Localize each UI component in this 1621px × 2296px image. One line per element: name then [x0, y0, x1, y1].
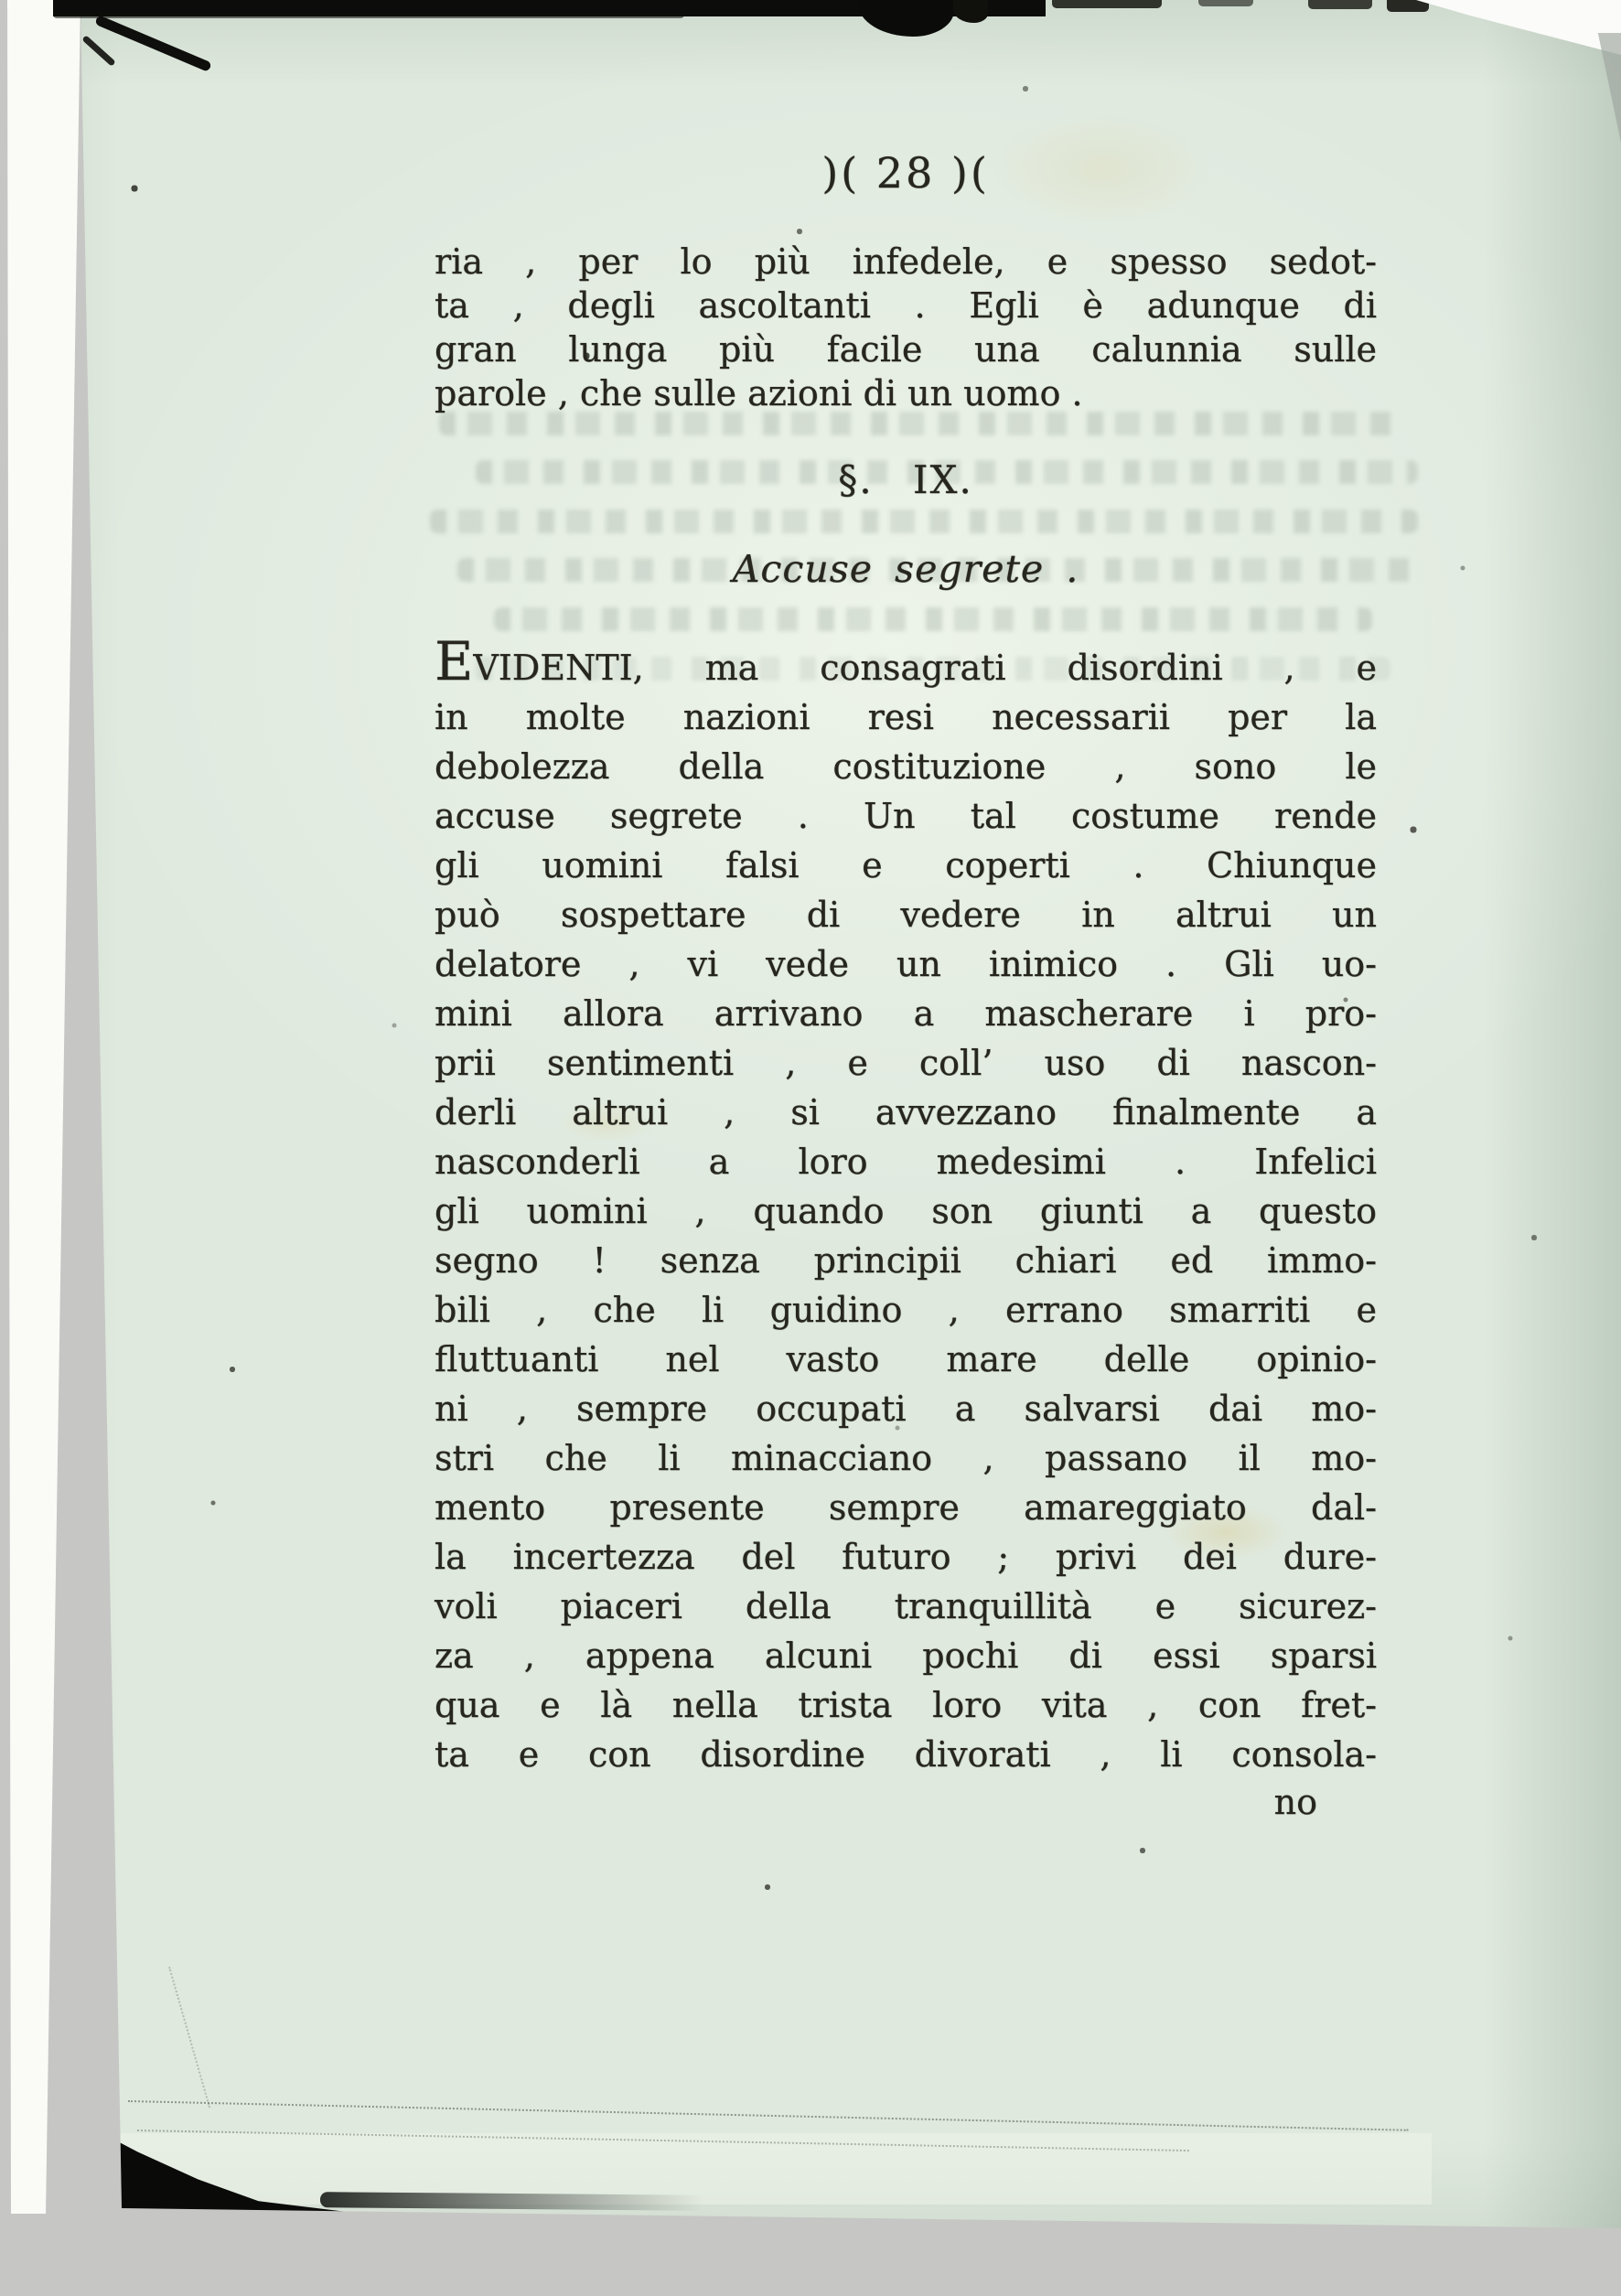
- text-line: mento presente sempre amareggiato dal-: [435, 1483, 1377, 1532]
- text-line: stri che li minacciano , passano il mo-: [435, 1433, 1377, 1483]
- bleed-through-line: [430, 510, 1418, 533]
- paragraph-continuation: ria , per lo più infedele, e spesso sedo…: [435, 240, 1377, 415]
- text-line: mini allora arrivano a mascherare i pro-: [435, 989, 1377, 1038]
- text-line: può sospettare di vedere in altrui un: [435, 890, 1377, 939]
- text-line: ta , degli ascoltanti . Egli è adunque d…: [435, 284, 1377, 327]
- text-line: gli uomini , quando son giunti a questo: [435, 1186, 1377, 1236]
- catchword: no: [1198, 1782, 1317, 1822]
- bleed-through-line: [494, 607, 1372, 631]
- text-line: fluttuanti nel vasto mare delle opinio-: [435, 1335, 1377, 1384]
- text-line: delatore , vi vede un inimico . Gli uo-: [435, 939, 1377, 989]
- section-subheading: Accuse segrete .: [435, 547, 1377, 591]
- crease-line: [128, 2100, 1409, 2131]
- scan-shadow-top: [53, 13, 684, 18]
- ink-specks: [0, 0, 2, 2]
- text-line: derli altrui , si avvezzano finalmente a: [435, 1088, 1377, 1137]
- text-line: in molte nazioni resi necessarii per la: [435, 692, 1377, 742]
- paragraph-body: EVIDENTI, ma consagrati disordini , ein …: [435, 643, 1377, 1779]
- text-line: segno ! senza principii chiari ed immo-: [435, 1236, 1377, 1285]
- crease-line: [168, 1967, 210, 2108]
- text-line: ta e con disordine divorati , li consola…: [435, 1730, 1377, 1779]
- text-line: za , appena alcuni pochi di essi sparsi: [435, 1631, 1377, 1680]
- text-line: parole , che sulle azioni di un uomo .: [435, 371, 1377, 415]
- scan-shadow-dash: [1198, 0, 1253, 6]
- text-line: ria , per lo più infedele, e spesso sedo…: [435, 240, 1377, 284]
- text-line: qua e là nella trista loro vita , con fr…: [435, 1680, 1377, 1730]
- edge-shadow-streak: [320, 2192, 704, 2211]
- page-number-header: )( 28 )(: [435, 148, 1377, 198]
- text-line: gran lunga più facile una calunnia sulle: [435, 327, 1377, 371]
- paper-fragment: [61, 2115, 123, 2183]
- drop-cap-initial: E: [435, 630, 473, 692]
- text-line: accuse segrete . Un tal costume rende: [435, 791, 1377, 841]
- book-page: )( 28 )( ria , per lo più infedele, e sp…: [0, 0, 1621, 2296]
- text-line: voli piaceri della tranquillità e sicure…: [435, 1582, 1377, 1631]
- text-line: gli uomini falsi e coperti . Chiunque: [435, 841, 1377, 890]
- text-line: ni , sempre occupati a salvarsi dai mo-: [435, 1384, 1377, 1433]
- text-line: la incertezza del futuro ; privi dei dur…: [435, 1532, 1377, 1582]
- scan-shadow-dash: [1308, 0, 1372, 9]
- section-heading: §. IX.: [435, 457, 1377, 502]
- text-line: bili , che li guidino , errano smarriti …: [435, 1285, 1377, 1335]
- text-line: prii sentimenti , e coll’ uso di nascon-: [435, 1038, 1377, 1088]
- text-line: EVIDENTI, ma consagrati disordini , e: [435, 643, 1377, 692]
- text-line: debolezza della costituzione , sono le: [435, 742, 1377, 791]
- scan-shadow-dash: [1052, 0, 1162, 8]
- scanned-book-page-photo: )( 28 )( ria , per lo più infedele, e sp…: [0, 0, 1621, 2296]
- paper-crease-band: [41, 2133, 1432, 2205]
- book-page-edge: [0, 0, 91, 2214]
- text-line: nasconderli a loro medesimi . Infelici: [435, 1137, 1377, 1186]
